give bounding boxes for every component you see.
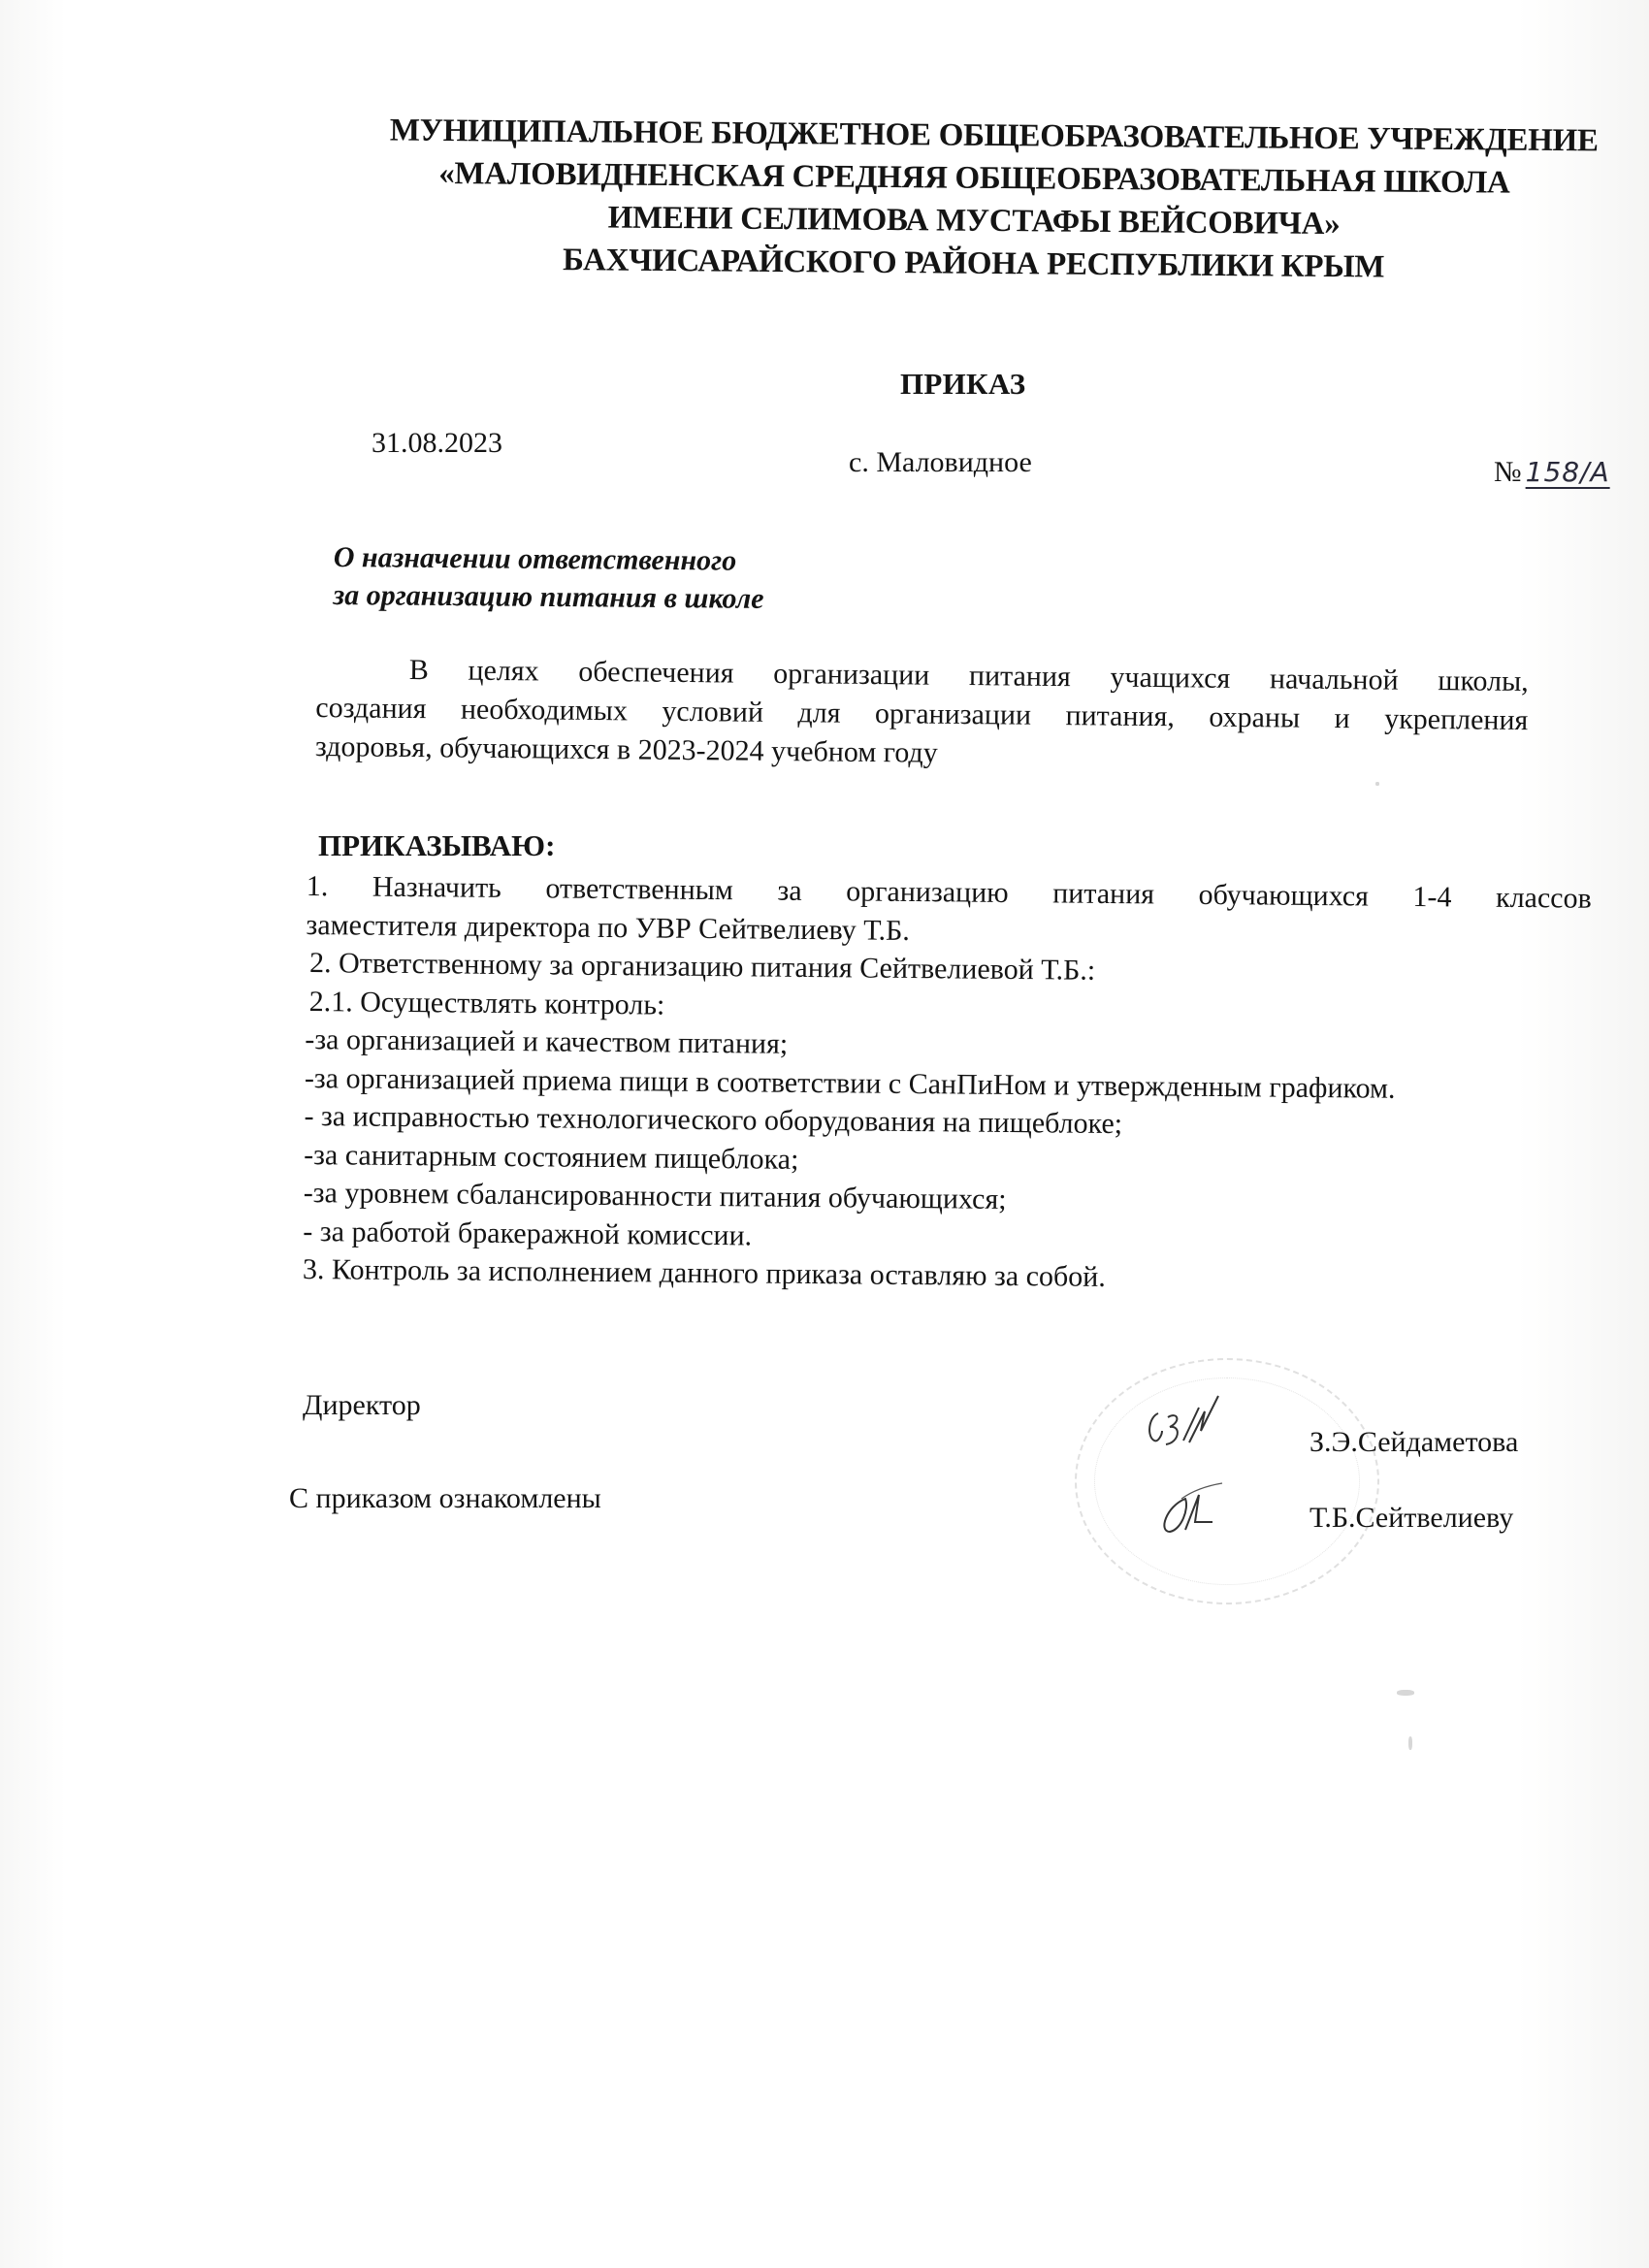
document-title: ПРИКАЗ: [900, 367, 1025, 402]
director-name: З.Э.Сейдаметова: [1309, 1426, 1518, 1459]
subject-line: О назначении ответственного: [334, 538, 764, 580]
acquainted-name: Т.Б.Сейтвелиеву: [1309, 1502, 1513, 1535]
handwritten-order-number: 158/А: [1526, 456, 1610, 488]
order-subject: О назначении ответственного за организац…: [333, 538, 764, 618]
acquainted-label: С приказом ознакомлены: [289, 1482, 601, 1515]
orders-list: 1. Назначить ответственным за организаци…: [303, 867, 1616, 1301]
orders-heading: ПРИКАЗЫВАЮ:: [318, 828, 555, 863]
document-page: МУНИЦИПАЛЬНОЕ БЮДЖЕТНОЕ ОБЩЕОБРАЗОВАТЕЛЬ…: [0, 0, 1649, 2268]
institution-header: МУНИЦИПАЛЬНОЕ БЮДЖЕТНОЕ ОБЩЕОБРАЗОВАТЕЛЬ…: [328, 109, 1619, 291]
preamble-paragraph: В целях обеспечения организации питания …: [315, 650, 1529, 779]
scan-speck: [1397, 1690, 1414, 1696]
official-stamp: [1075, 1358, 1379, 1604]
acquainted-signature-icon: [1156, 1479, 1224, 1538]
number-sign: №: [1494, 456, 1522, 488]
scan-speck: [1375, 782, 1379, 786]
order-number: №158/А: [1494, 456, 1610, 489]
director-label: Директор: [303, 1389, 421, 1422]
order-place: с. Маловидное: [849, 446, 1032, 479]
scan-speck: [1408, 1736, 1412, 1750]
subject-line: за организацию питания в школе: [333, 576, 763, 618]
director-signature-icon: [1145, 1392, 1222, 1450]
order-date: 31.08.2023: [372, 427, 502, 460]
